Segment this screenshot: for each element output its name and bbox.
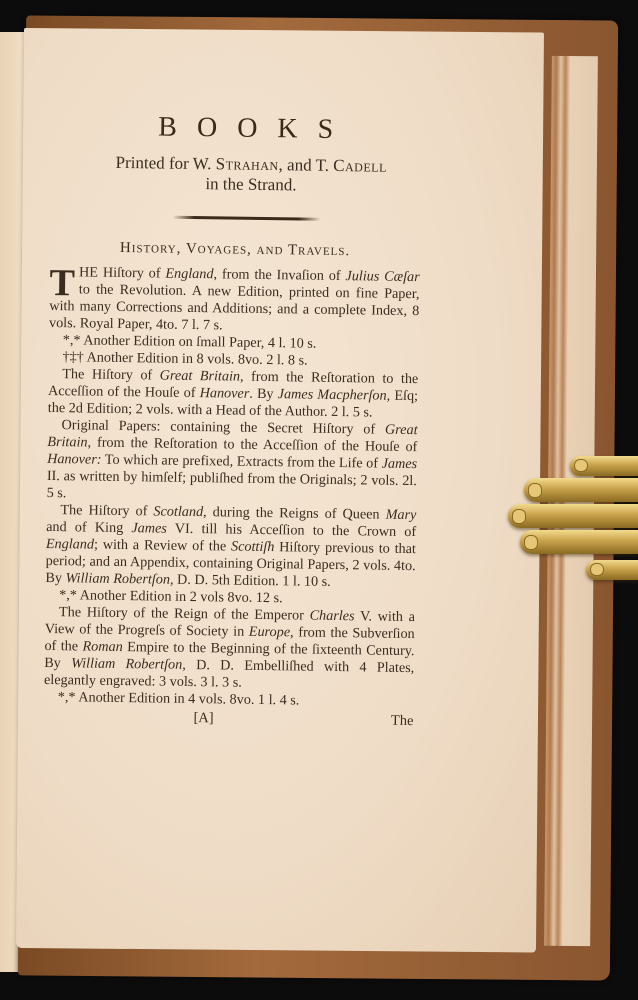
brass-hand-page-clip [506,456,638,588]
page-text: BOOKS Printed for W. Strahan, and T. Cad… [43,110,422,730]
ornamental-rule [172,216,320,221]
finger-shape [508,504,638,528]
finger-shape [524,478,638,502]
finger-shape [570,456,638,476]
drop-cap: T [49,268,75,298]
finger-shape [520,530,638,554]
entry-charles-v: The Hiſtory of the Reign of the Emperor … [44,604,415,694]
section-heading: History, Voyages, and Travels. [50,239,420,261]
entry-history-great-britain: The Hiſtory of Great Britain, from the R… [48,366,419,422]
printers-line: Printed for W. Strahan, and T. Cadell in… [61,152,442,197]
printer-cadell: Cadell [333,156,387,176]
entry-original-papers: Original Papers: containing the Secret H… [47,417,418,507]
printer-strahan: Strahan [216,154,279,174]
printers-location: in the Strand. [205,174,296,194]
finger-shape [586,560,638,580]
entry-history-england: THE Hiſtory of England, from the Invaſio… [49,264,420,337]
entry-history-scotland: The Hiſtory of Scotland, during the Reig… [45,502,416,592]
catchword: The [391,713,414,730]
signature-mark: [A] [193,710,213,727]
page-title: BOOKS [90,111,422,148]
